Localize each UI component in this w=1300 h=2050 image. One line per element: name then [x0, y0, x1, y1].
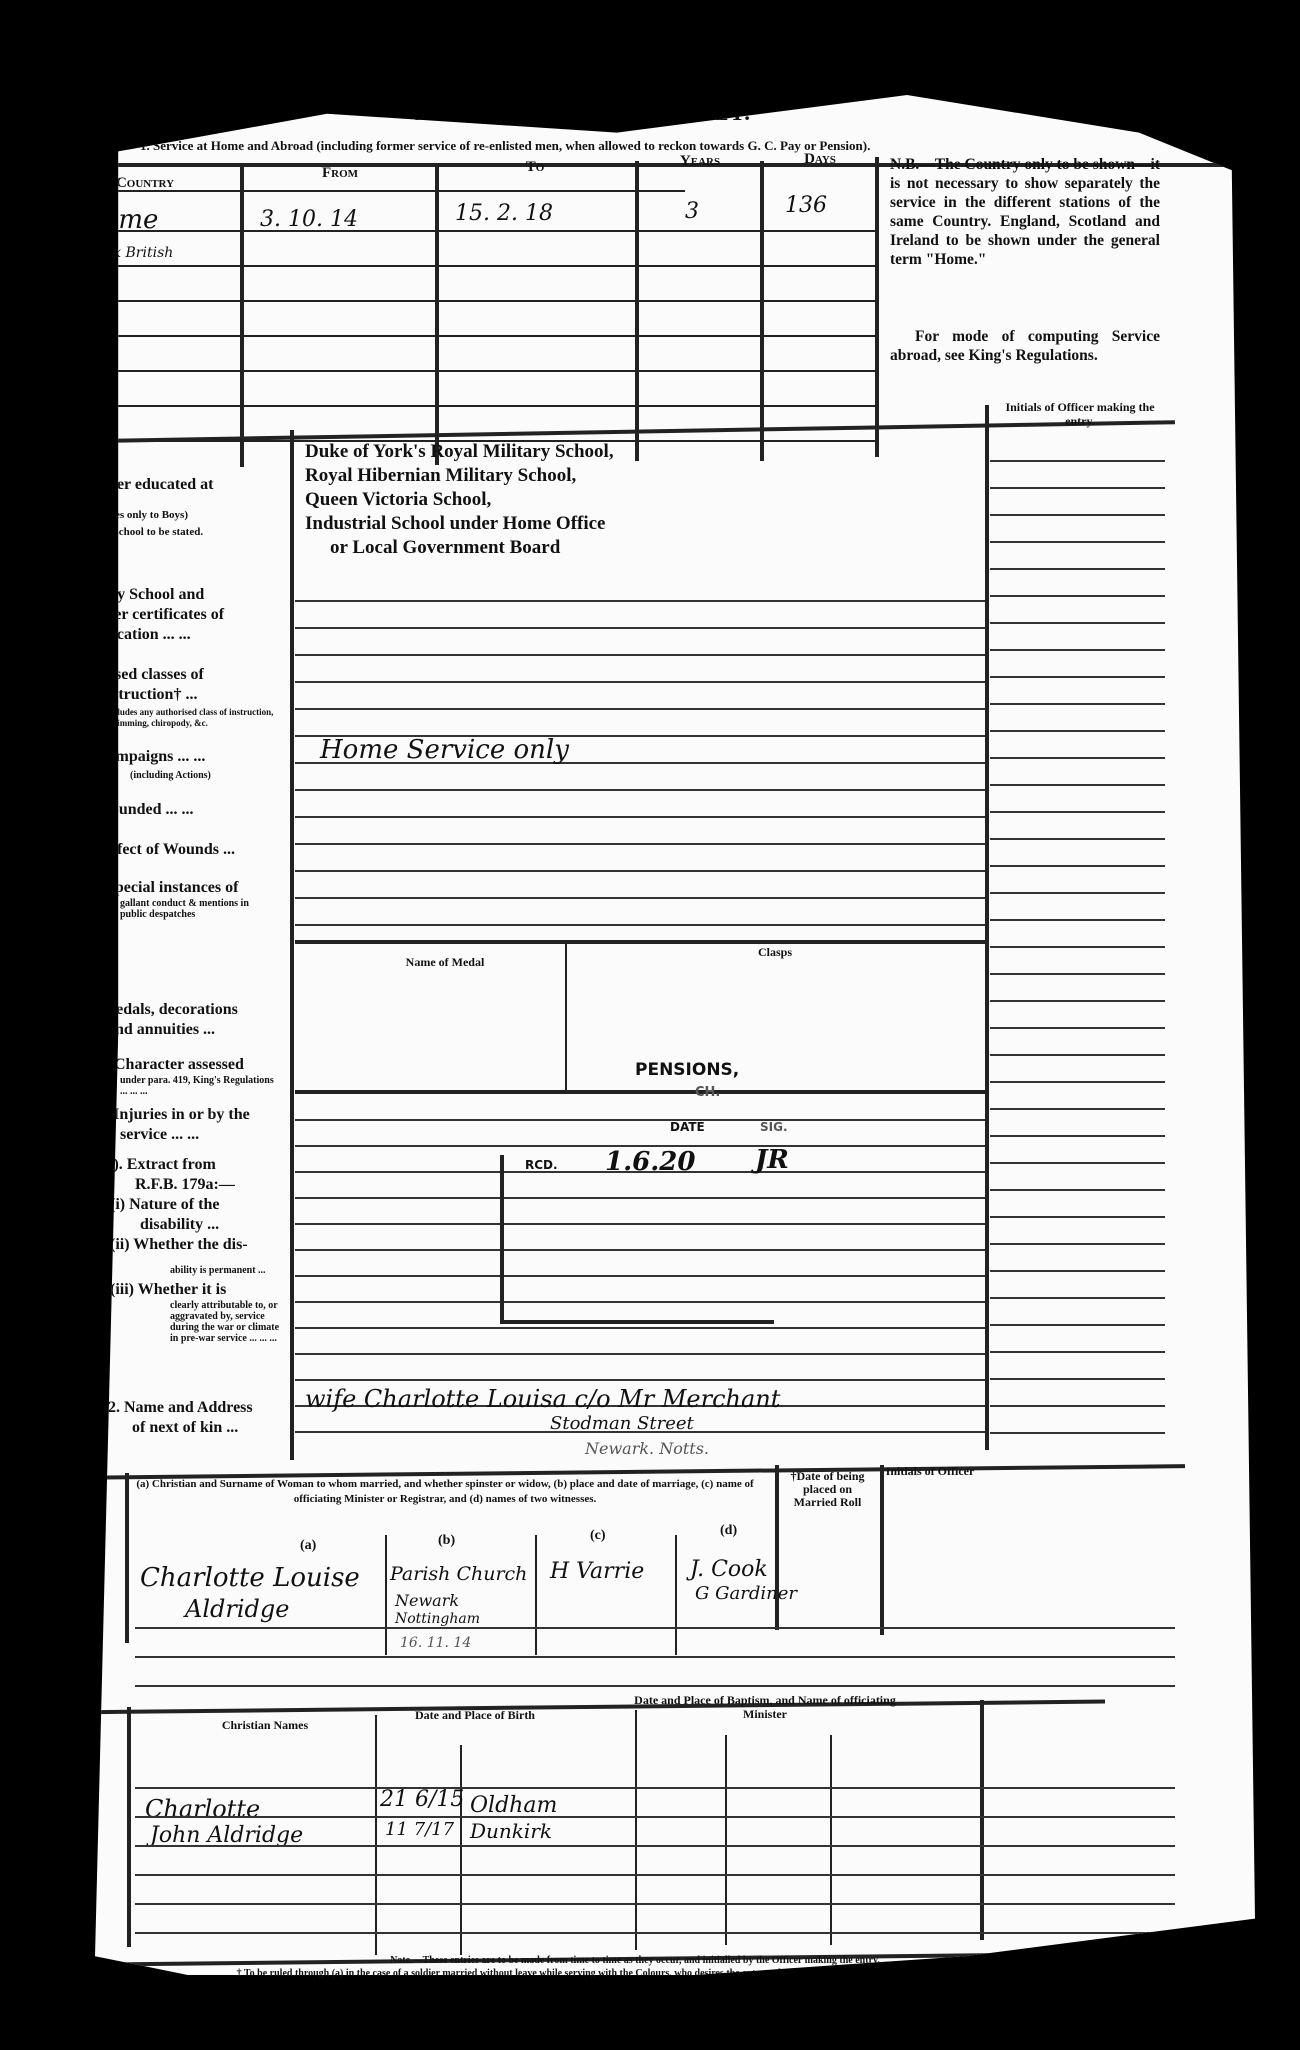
s5-sub: (including Actions) [130, 770, 211, 781]
divider [127, 1707, 131, 1947]
col-baptism: Date and Place of Baptism, and Name of o… [615, 1693, 915, 1721]
pensions-stamp-title: PENSIONS, [635, 1060, 739, 1080]
marriage-b-line1: Parish Church [390, 1563, 527, 1585]
s12-label: 12. Name and Addressof next of kin ... [100, 1398, 253, 1438]
school-3: Queen Victoria School, [305, 488, 614, 512]
next-of-kin-town: Newark. Notts. [585, 1439, 709, 1458]
divider [295, 1090, 985, 1094]
school-1: Duke of York's Royal Military School, [305, 440, 614, 464]
divider [565, 943, 567, 1093]
rule [65, 405, 875, 407]
col-b: (b) [438, 1535, 455, 1546]
footer-note-1: Note.—These entries are to be made from … [135, 1955, 1135, 1966]
divider [635, 161, 639, 461]
pensions-date: 1.6.20 [605, 1147, 695, 1177]
s10-sub: under para. 419, King's Regulations ... … [120, 1075, 280, 1097]
school-list: Duke of York's Royal Military School, Ro… [305, 440, 614, 560]
col-married-roll: †Date of being placed on Married Roll [780, 1470, 875, 1509]
divider [295, 940, 985, 944]
s11a-iii2: clearly attributable to, or aggravated b… [170, 1300, 285, 1344]
s3-label: 3. Army School andother certificates ofe… [70, 585, 280, 645]
col-officer-initials: Initials of Officer [885, 1465, 975, 1478]
next-of-kin-name: wife Charlotte Louisa c/o Mr Merchant [305, 1385, 780, 1413]
service-country-note: undo ex British [65, 245, 173, 261]
s11-label: 11. Injuries in or by theservice ... ... [90, 1105, 250, 1145]
pensions-col-date: DATE [670, 1120, 705, 1134]
rule [65, 230, 875, 232]
s4-label: 4. Passed classes ofInstruction† ... [75, 665, 285, 705]
col-days: Days [765, 151, 875, 168]
s2-sub2: *Name of School to be stated. [65, 527, 203, 538]
school-5: or Local Government Board [305, 536, 614, 560]
s2-label: 2. Whether educated at [55, 475, 214, 495]
computing-note: For mode of computing Service abroad, se… [890, 327, 1160, 365]
campaigns-value: Home Service only [320, 735, 569, 765]
rule [65, 335, 875, 337]
marriage-a-line1: Charlotte Louise [140, 1563, 360, 1593]
footer-note-2: † To be ruled through (a) in the case of… [135, 1968, 1135, 1979]
col-from: From [245, 165, 435, 182]
pensions-row-label: RCD. [525, 1158, 558, 1172]
marriage-d-line1: J. Cook [690, 1557, 768, 1582]
pensions-stamp-sub: CH. [695, 1085, 720, 1100]
rule [65, 265, 875, 267]
s11a-iii1: (iii) Whether it is [110, 1280, 226, 1300]
col-d: (d) [720, 1525, 737, 1536]
s8-sub: gallant conduct & mentions in public des… [120, 898, 270, 920]
school-4: Industrial School under Home Office [305, 512, 614, 536]
marriage-rules [135, 1600, 1175, 1690]
marriage-c-line1: H Varrie [550, 1559, 644, 1584]
military-history-sheet: MILITARY HISTORY SHEET. 1. Service at Ho… [95, 95, 1255, 1975]
school-2: Royal Hibernian Military School, [305, 464, 614, 488]
rule [65, 370, 875, 372]
service-days: 136 [785, 193, 827, 218]
s6-label: 6. Wounded ... ... [80, 800, 194, 820]
page-title: MILITARY HISTORY SHEET. [415, 100, 751, 126]
s4-note: † This includes any authorised class of … [80, 707, 280, 729]
children-rules [135, 1760, 1175, 1950]
service-to: 15. 2. 18 [455, 201, 553, 226]
divider [875, 157, 879, 457]
rule [65, 300, 875, 302]
s8-label: 8. Special instances of [90, 878, 238, 898]
s11a-label: 11(a). Extract fromR.F.B. 179a:— (i) Nat… [85, 1155, 285, 1255]
divider [240, 167, 244, 467]
pensions-stamp-box [500, 1155, 774, 1324]
service-years: 3 [685, 199, 699, 224]
col-to: To [440, 159, 630, 176]
divider [760, 161, 764, 461]
divider [125, 1473, 129, 1643]
marriage-side-label: 13. Particulars as to Marriage [75, 1457, 95, 1675]
col-country: Country [70, 175, 220, 192]
section-divider [65, 1700, 1105, 1715]
col-christian-names: Christian Names [150, 1720, 380, 1731]
initials-column-rules [990, 435, 1165, 1435]
s7-label: 7. Effect of Wounds ... [85, 840, 235, 860]
children-side-label: 14. Particulars as to Children [75, 1726, 95, 1940]
s9-label: 9. Medals, decorationsand annuities ... [85, 1000, 238, 1040]
col-years: Years [640, 153, 760, 170]
nb-note: N.B.—The Country only to be shown—it is … [890, 155, 1160, 269]
col-c: (c) [590, 1530, 606, 1541]
marriage-instructions: (a) Christian and Surname of Woman to wh… [135, 1477, 755, 1507]
col-a: (a) [300, 1540, 316, 1551]
initials-header: Initials of Officer making the entry. [1000, 400, 1160, 428]
col-medal: Name of Medal [325, 957, 565, 968]
s2-sub1: (Applies only to Boys) [85, 510, 188, 521]
next-of-kin-street: Stodman Street [550, 1413, 694, 1434]
pensions-col-sig: SIG. [760, 1120, 788, 1134]
divider [985, 405, 989, 1450]
divider [435, 165, 439, 465]
s10-label: 10. Character assessed [90, 1055, 244, 1075]
s11a-ii2: ability is permanent ... [170, 1265, 266, 1276]
col-birth: Date and Place of Birth [365, 1710, 585, 1721]
col-clasps: Clasps [570, 947, 980, 958]
section-1-label: 1. Service at Home and Abroad (including… [140, 138, 870, 154]
service-from: 3. 10. 14 [260, 207, 358, 232]
divider [290, 430, 294, 1460]
s5-label: 5. Campaigns ... ... [80, 747, 205, 767]
pensions-sig: JR [755, 1145, 789, 1175]
